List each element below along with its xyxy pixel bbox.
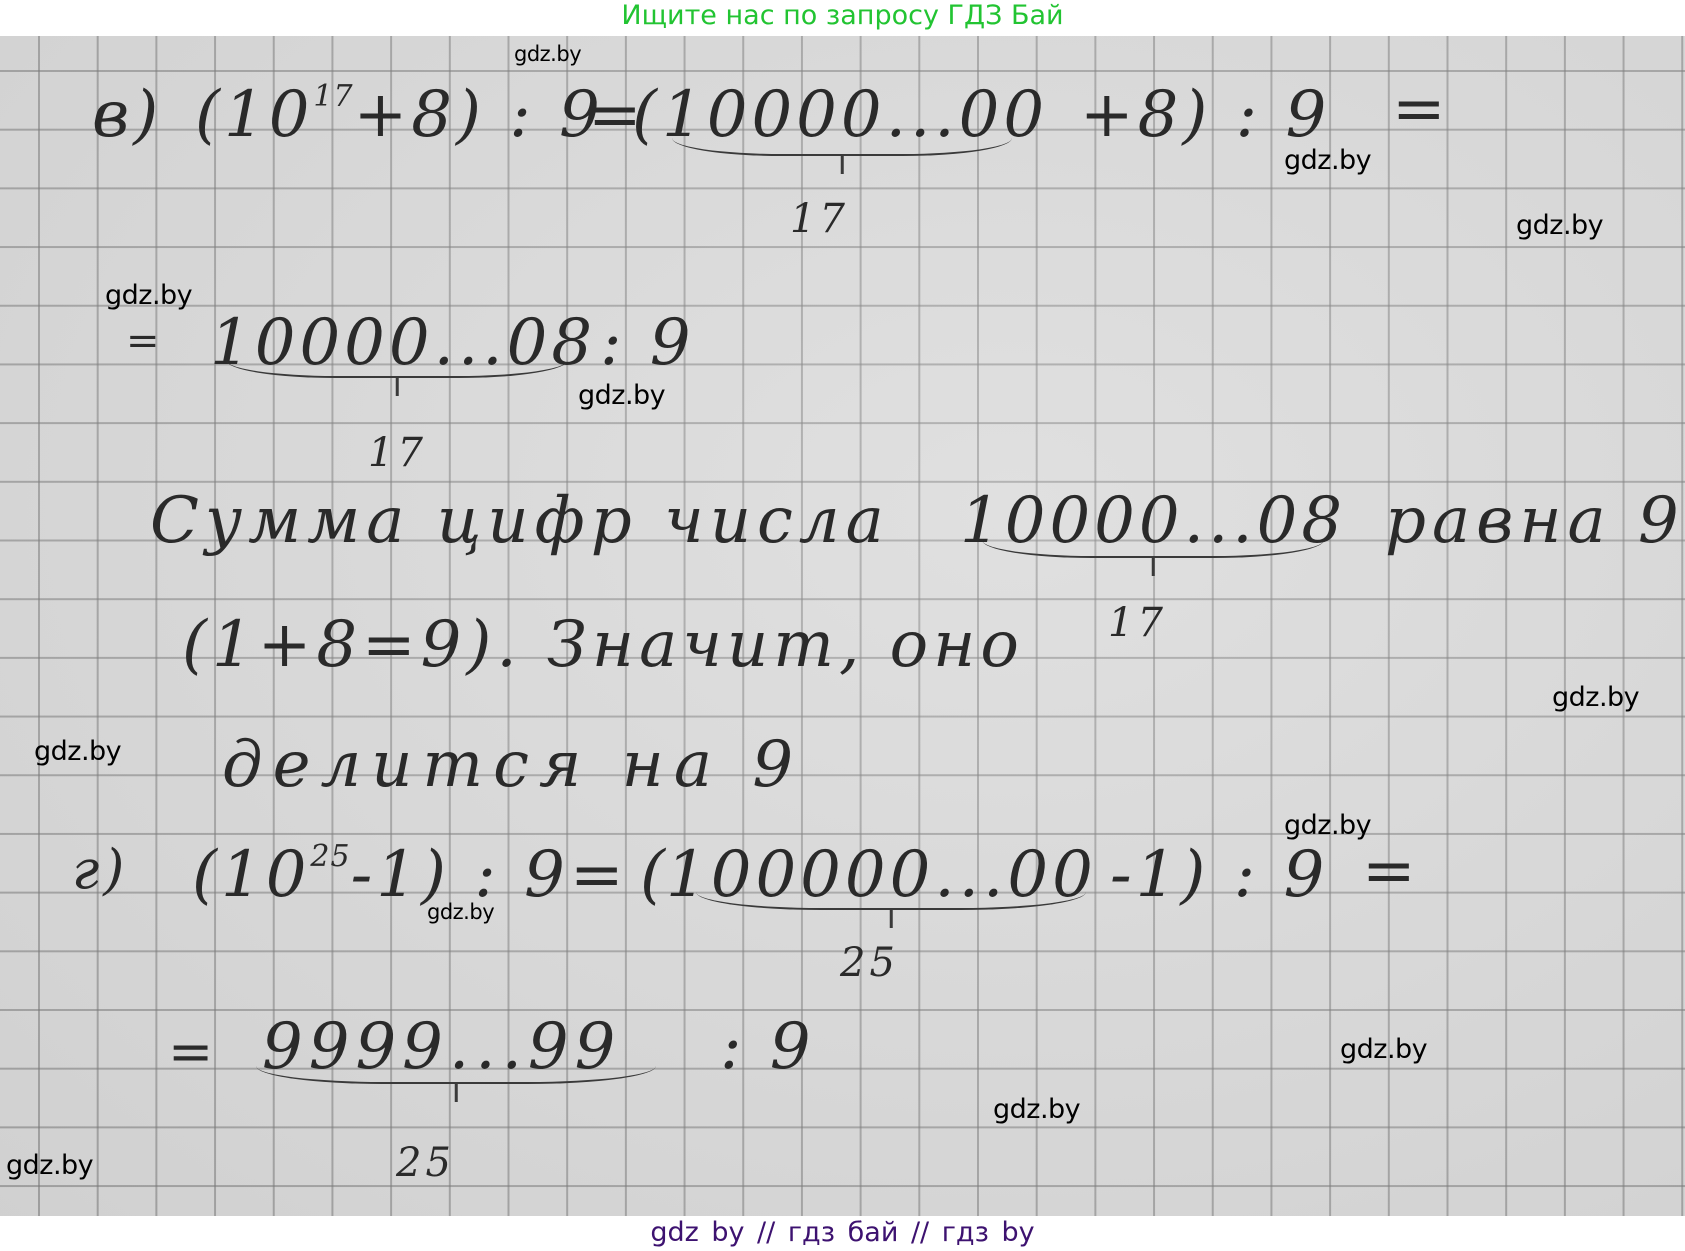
watermark: gdz.by: [1552, 682, 1639, 713]
part-v-base: (10: [195, 78, 313, 152]
part-g-line2-equals: =: [168, 1020, 217, 1083]
part-v-line2-equals: =: [126, 318, 164, 364]
part-g-base: (10: [192, 838, 310, 912]
watermark: gdz.by: [1284, 145, 1371, 176]
part-v-label: в): [92, 78, 162, 152]
part-g-equals-1: =: [570, 838, 628, 912]
part-v-rhs-open: (: [632, 78, 661, 152]
explanation-line1-tail: равна 9: [1385, 484, 1685, 558]
explanation-line1-text: Сумма цифр числа: [150, 484, 890, 558]
explanation-line3: делится на 9: [222, 728, 803, 802]
watermark: gdz.by: [1284, 810, 1371, 841]
watermark: gdz.by: [6, 1150, 93, 1181]
part-g-brace-2-count: 25: [396, 1140, 455, 1186]
explanation-line2: (1+8=9). Значит, оно: [182, 608, 1024, 682]
watermark: gdz.by: [105, 280, 192, 311]
watermark: gdz.by: [34, 736, 121, 767]
part-g-rhs-tail: -1) : 9: [1110, 838, 1328, 912]
footer-watermark: gdz by // гдз бай // гдз by: [0, 1216, 1685, 1251]
part-v-rhs-tail: +8) : 9: [1080, 78, 1330, 152]
watermark: gdz.by: [427, 900, 494, 924]
part-g-brace-1-count: 25: [840, 940, 899, 986]
part-g-lhs: (1025-1) : 9: [192, 838, 569, 912]
watermark: gdz.by: [993, 1094, 1080, 1125]
part-v-lhs: (1017+8) : 9: [195, 78, 604, 152]
part-v-brace-1-count: 17: [790, 196, 849, 242]
explanation-brace-count: 17: [1108, 600, 1167, 646]
part-v-line2-tail: : 9: [600, 306, 695, 380]
part-g-equals-2: =: [1362, 834, 1420, 908]
watermark: gdz.by: [578, 380, 665, 411]
part-v-brace-2-count: 17: [368, 430, 427, 476]
part-g-exponent: 25: [310, 839, 350, 874]
part-v-lhs-close: +8) : 9: [354, 78, 604, 152]
watermark: gdz.by: [1516, 210, 1603, 241]
watermark: gdz.by: [1340, 1034, 1427, 1065]
part-v-equals-2: =: [1392, 72, 1450, 146]
watermark: gdz.by: [514, 42, 581, 66]
search-promo-banner: Ищите нас по запросу ГДЗ Бай: [0, 0, 1685, 36]
part-g-rhs-open: (: [640, 838, 669, 912]
part-v-exponent: 17: [313, 79, 353, 114]
part-g-label: г): [72, 838, 128, 901]
part-g-line2-tail: : 9: [720, 1010, 815, 1084]
